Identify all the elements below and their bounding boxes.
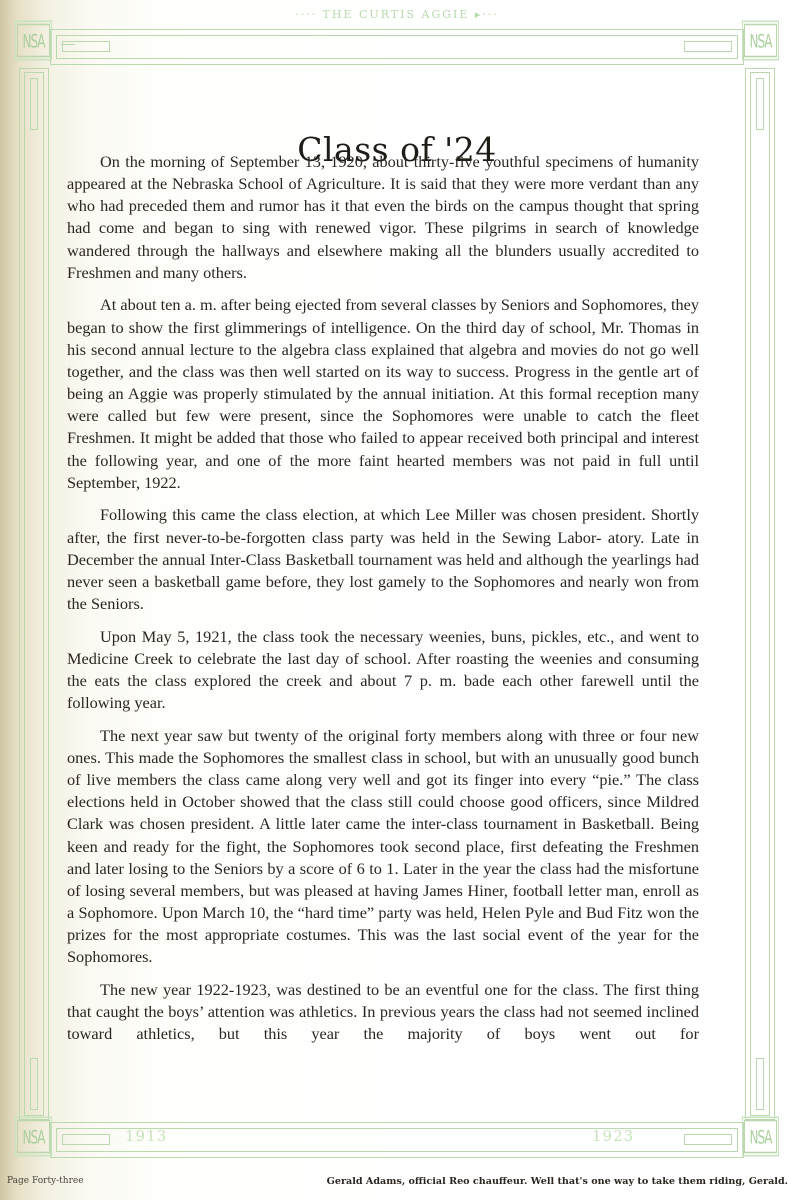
border-top-left-tab xyxy=(62,41,110,52)
border-right-column-inner xyxy=(750,72,770,1116)
nsa-monogram-bottom-left: NSA xyxy=(17,1120,50,1154)
nsa-monogram-top-right: NSA xyxy=(744,24,777,58)
border-right-bottom-tab xyxy=(756,1058,764,1110)
footer-caption: Gerald Adams, official Reo chauffeur. We… xyxy=(327,1176,788,1187)
border-left-column-inner xyxy=(24,72,44,1116)
page-number-label: Page Forty-three xyxy=(7,1176,84,1186)
border-year-right: 1923 xyxy=(592,1127,634,1145)
paragraph-5: The next year saw but twenty of the orig… xyxy=(67,725,699,969)
paragraph-4: Upon May 5, 1921, the class took the nec… xyxy=(67,626,699,715)
nsa-monogram-bottom-right: NSA xyxy=(744,1120,777,1154)
article-body: On the morning of September 13, 1920, ab… xyxy=(67,151,699,1056)
border-left-bottom-tab xyxy=(30,1058,38,1110)
border-year-left: 1913 xyxy=(125,1127,167,1145)
nsa-monogram-top-left: NSA xyxy=(17,24,50,58)
paragraph-2: At about ten a. m. after being ejected f… xyxy=(67,294,699,493)
border-right-top-tab xyxy=(756,78,764,130)
running-head: ···· THE CURTIS AGGIE ▸··· xyxy=(0,8,794,21)
paragraph-1: On the morning of September 13, 1920, ab… xyxy=(67,151,699,284)
border-left-top-tab xyxy=(30,78,38,130)
border-top-band-inner xyxy=(56,35,738,59)
border-bottom-left-tab xyxy=(62,1134,110,1145)
border-top-right-tab xyxy=(684,41,732,52)
paragraph-6: The new year 1922-1923, was destined to … xyxy=(67,979,699,1045)
border-bottom-right-tab xyxy=(684,1134,732,1145)
paragraph-3: Following this came the class election, … xyxy=(67,504,699,615)
